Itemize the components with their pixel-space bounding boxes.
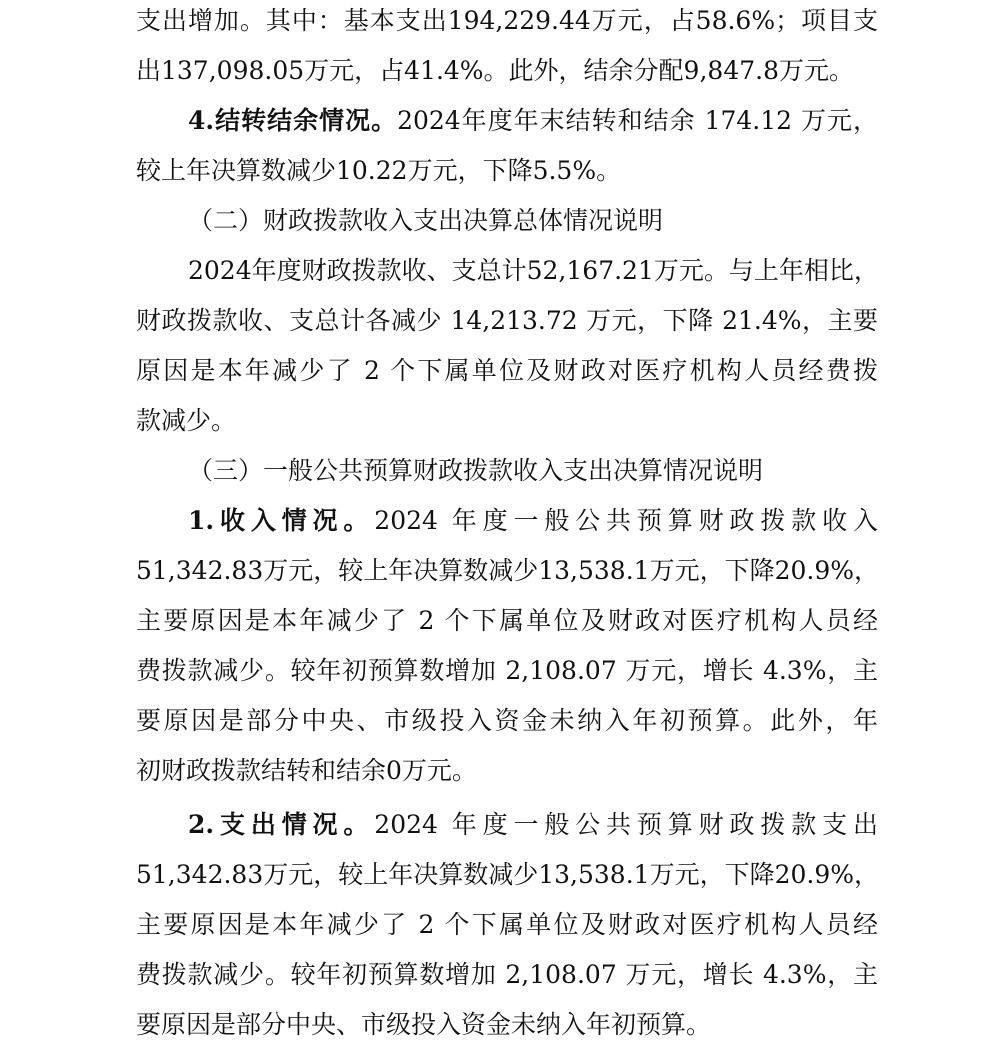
line-text: 款减少。 — [136, 406, 236, 435]
paragraph-line: 1.收入情况。2024 年度一般公共预算财政拨款收入 — [188, 496, 878, 546]
subsection-title: 1.收入情况。 — [188, 506, 374, 535]
line-text: 2024年度年末结转和结余 174.12 万元， — [397, 106, 878, 135]
paragraph-line: 2024年度财政拨款收、支总计52,167.21万元。与上年相比， — [188, 246, 878, 296]
paragraph-line: 2.支出情况。2024 年度一般公共预算财政拨款支出 — [188, 800, 878, 850]
subsection-title: 4.结转结余情况。 — [188, 106, 397, 135]
line-text: 财政拨款收、支总计各减少 14,213.72 万元，下降 21.4%，主要 — [136, 306, 878, 335]
paragraph-line: 要原因是部分中央、市级投入资金未纳入年初预算。 — [136, 1000, 878, 1043]
paragraph-line: 财政拨款收、支总计各减少 14,213.72 万元，下降 21.4%，主要 — [136, 296, 878, 346]
paragraph-line: 款减少。 — [136, 396, 878, 446]
paragraph-line: 要原因是部分中央、市级投入资金未纳入年初预算。此外，年 — [136, 696, 878, 746]
paragraph-line: 支出增加。其中：基本支出194,229.44万元，占58.6%；项目支 — [136, 0, 878, 46]
paragraph-line: 初财政拨款结转和结余0万元。 — [136, 746, 878, 796]
line-text: （三）一般公共预算财政拨款收入支出决算情况说明 — [188, 456, 763, 485]
line-text: 支出增加。其中：基本支出194,229.44万元，占58.6%；项目支 — [136, 6, 878, 35]
paragraph-line: 费拨款减少。较年初预算数增加 2,108.07 万元，增长 4.3%，主 — [136, 646, 878, 696]
paragraph-line: 51,342.83万元，较上年决算数减少13,538.1万元，下降20.9%， — [136, 546, 878, 596]
line-text: 51,342.83万元，较上年决算数减少13,538.1万元，下降20.9%， — [136, 860, 879, 889]
paragraph-line: 主要原因是本年减少了 2 个下属单位及财政对医疗机构人员经 — [136, 596, 878, 646]
paragraph-line: 原因是本年减少了 2 个下属单位及财政对医疗机构人员经费拨 — [136, 346, 878, 396]
paragraph-line: 主要原因是本年减少了 2 个下属单位及财政对医疗机构人员经 — [136, 900, 878, 950]
section-heading: （二）财政拨款收入支出决算总体情况说明 — [188, 196, 930, 246]
paragraph-line: 4.结转结余情况。2024年度年末结转和结余 174.12 万元， — [188, 96, 878, 146]
line-text: （二）财政拨款收入支出决算总体情况说明 — [188, 206, 663, 235]
paragraph-line: 较上年决算数减少10.22万元，下降5.5%。 — [136, 146, 878, 196]
line-text: 主要原因是本年减少了 2 个下属单位及财政对医疗机构人员经 — [136, 910, 878, 939]
subsection-title: 2.支出情况。 — [188, 810, 374, 839]
paragraph-line: 51,342.83万元，较上年决算数减少13,538.1万元，下降20.9%， — [136, 850, 878, 900]
line-text: 费拨款减少。较年初预算数增加 2,108.07 万元，增长 4.3%，主 — [136, 656, 878, 685]
line-text: 出137,098.05万元，占41.4%。此外，结余分配9,847.8万元。 — [136, 56, 854, 85]
line-text: 要原因是部分中央、市级投入资金未纳入年初预算。此外，年 — [136, 706, 878, 735]
line-text: 初财政拨款结转和结余0万元。 — [136, 756, 477, 785]
line-text: 要原因是部分中央、市级投入资金未纳入年初预算。 — [136, 1010, 711, 1039]
line-text: 原因是本年减少了 2 个下属单位及财政对医疗机构人员经费拨 — [136, 356, 878, 385]
paragraph-line: 费拨款减少。较年初预算数增加 2,108.07 万元，增长 4.3%，主 — [136, 950, 878, 1000]
line-text: 较上年决算数减少10.22万元，下降5.5%。 — [136, 156, 621, 185]
line-text: 主要原因是本年减少了 2 个下属单位及财政对医疗机构人员经 — [136, 606, 878, 635]
line-text: 2024 年度一般公共预算财政拨款支出 — [374, 810, 878, 839]
line-text: 费拨款减少。较年初预算数增加 2,108.07 万元，增长 4.3%，主 — [136, 960, 878, 989]
paragraph-line: 出137,098.05万元，占41.4%。此外，结余分配9,847.8万元。 — [136, 46, 878, 96]
line-text: 2024 年度一般公共预算财政拨款收入 — [374, 506, 878, 535]
section-heading: （三）一般公共预算财政拨款收入支出决算情况说明 — [188, 446, 930, 496]
line-text: 2024年度财政拨款收、支总计52,167.21万元。与上年相比， — [188, 256, 879, 285]
line-text: 51,342.83万元，较上年决算数减少13,538.1万元，下降20.9%， — [136, 556, 879, 585]
